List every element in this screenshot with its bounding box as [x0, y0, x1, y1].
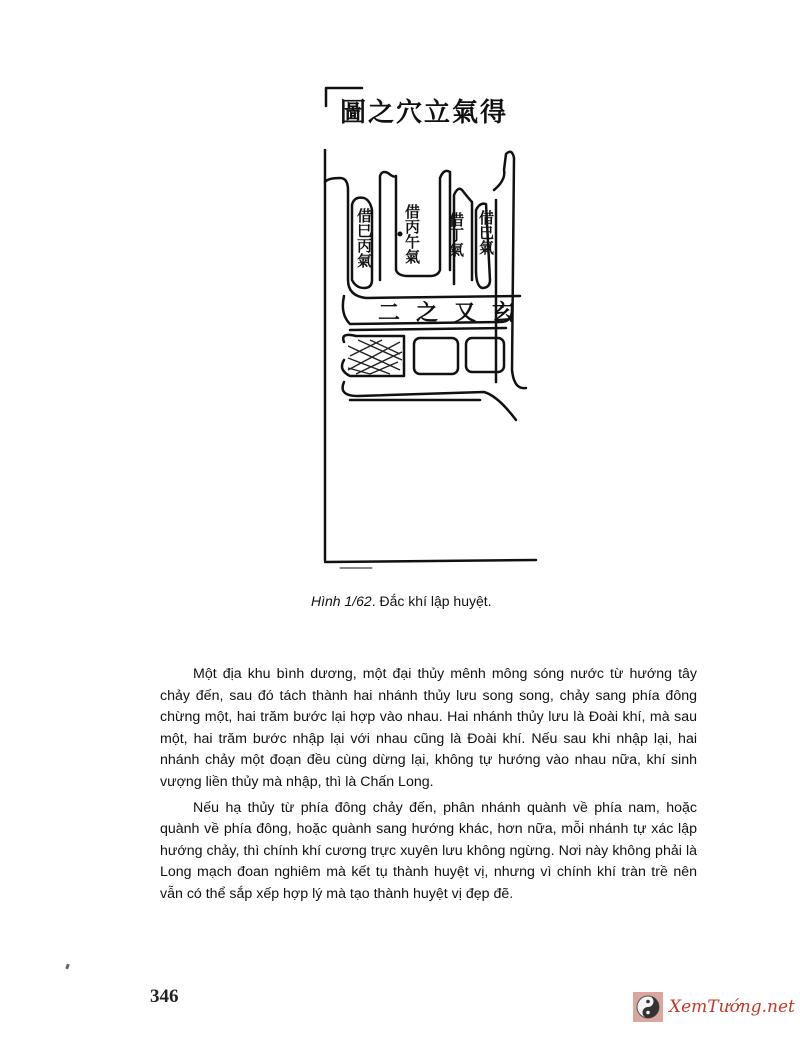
- watermark: XemTướng.net: [633, 992, 795, 1022]
- branch-label-1: 借巳丙氣: [356, 208, 372, 268]
- branch-label-4: 借巳氣: [478, 210, 494, 255]
- watermark-text: XemTướng.net: [669, 997, 795, 1017]
- figure-diagram: 圖之穴立氣得 借巳丙氣 借丙午氣 借丁氣 借巳氣: [300, 70, 560, 590]
- scan-speck: [65, 964, 70, 970]
- paragraph-1: Một địa khu bình dương, một đại thủy mên…: [160, 664, 697, 794]
- figure-title: 圖之穴立氣得: [340, 92, 508, 129]
- branch-label-2: 借丙午氣: [404, 204, 420, 264]
- page-number: 346: [150, 986, 179, 1008]
- caption-separator: .: [372, 593, 380, 609]
- cross-label: 二之又玄: [378, 296, 530, 327]
- body-text: Một địa khu bình dương, một đại thủy mên…: [160, 664, 697, 910]
- figure-number: Hình 1/62: [311, 593, 372, 609]
- water-flow-diagram: [300, 70, 560, 590]
- branch-label-3: 借丁氣: [448, 212, 464, 257]
- paragraph-2: Nếu hạ thủy từ phía đông chảy đến, phân …: [160, 798, 697, 906]
- caption-text: Đắc khí lập huyệt.: [380, 593, 492, 609]
- yin-yang-icon: [633, 992, 663, 1022]
- figure-caption: Hình 1/62. Đắc khí lập huyệt.: [311, 593, 492, 609]
